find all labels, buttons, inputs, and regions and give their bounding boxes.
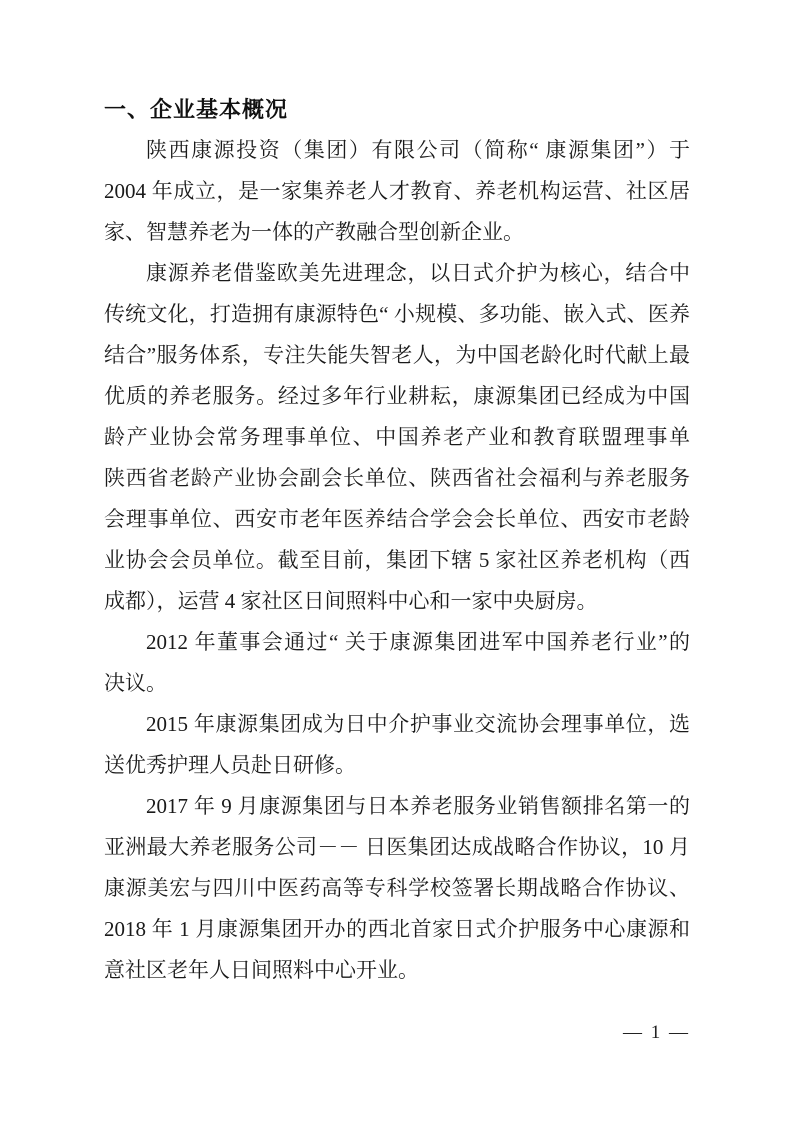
- page-footer: — 1 —: [104, 1019, 690, 1047]
- text-line: 亚洲最大养老服务公司－－ 日医集团达成战略合作协议，10 月: [104, 827, 690, 868]
- text-line: 家、智慧养老为一体的产教融合型创新企业。: [104, 212, 690, 253]
- page-number: — 1 —: [623, 1022, 690, 1043]
- text-line: 龄产业协会常务理事单位、中国养老产业和教育联盟理事单位、: [104, 417, 690, 458]
- text-line: 陕西康源投资（集团）有限公司（简称“ 康源集团”）于: [104, 130, 690, 171]
- text-line: 2004 年成立，是一家集养老人才教育、养老机构运营、社区居: [104, 171, 690, 212]
- text-line: 优质的养老服务。经过多年行业耕耘，康源集团已经成为中国老: [104, 376, 690, 417]
- text-line: 2017 年 9 月康源集团与日本养老服务业销售额排名第一的: [104, 786, 690, 827]
- text-line: 业协会会员单位。截至目前，集团下辖 5 家社区养老机构（西安、: [104, 540, 690, 581]
- text-line: 2012 年董事会通过“ 关于康源集团进军中国养老行业”的: [104, 622, 690, 663]
- text-line: 成都），运营 4 家社区日间照料中心和一家中央厨房。: [104, 581, 690, 622]
- document-body: 一、企业基本概况 陕西康源投资（集团）有限公司（简称“ 康源集团”）于2004 …: [104, 89, 690, 991]
- text-line: 传统文化，打造拥有康源特色“ 小规模、多功能、嵌入式、医养: [104, 294, 690, 335]
- text-line: 决议。: [104, 663, 690, 704]
- text-line: 结合”服务体系，专注失能失智老人，为中国老龄化时代献上最: [104, 335, 690, 376]
- text-line: 意社区老年人日间照料中心开业。: [104, 950, 690, 991]
- text-line: 送优秀护理人员赴日研修。: [104, 745, 690, 786]
- paragraph: 康源养老借鉴欧美先进理念，以日式介护为核心，结合中国传统文化，打造拥有康源特色“…: [104, 253, 690, 622]
- text-line: 2018 年 1 月康源集团开办的西北首家日式介护服务中心康源和: [104, 909, 690, 950]
- text-line: 2015 年康源集团成为日中介护事业交流协会理事单位，选: [104, 704, 690, 745]
- section-heading: 一、企业基本概况: [104, 89, 690, 130]
- paragraphs-container: 陕西康源投资（集团）有限公司（简称“ 康源集团”）于2004 年成立，是一家集养…: [104, 130, 690, 991]
- paragraph: 2012 年董事会通过“ 关于康源集团进军中国养老行业”的决议。: [104, 622, 690, 704]
- paragraph: 2015 年康源集团成为日中介护事业交流协会理事单位，选送优秀护理人员赴日研修。: [104, 704, 690, 786]
- paragraph: 陕西康源投资（集团）有限公司（简称“ 康源集团”）于2004 年成立，是一家集养…: [104, 130, 690, 253]
- text-line: 康源美宏与四川中医药高等专科学校签署长期战略合作协议、: [104, 868, 690, 909]
- text-line: 康源养老借鉴欧美先进理念，以日式介护为核心，结合中国: [104, 253, 690, 294]
- paragraph: 2017 年 9 月康源集团与日本养老服务业销售额排名第一的亚洲最大养老服务公司…: [104, 786, 690, 991]
- text-line: 会理事单位、西安市老年医养结合学会会长单位、西安市老龄产: [104, 499, 690, 540]
- text-line: 陕西省老龄产业协会副会长单位、陕西省社会福利与养老服务协: [104, 458, 690, 499]
- document-page: 一、企业基本概况 陕西康源投资（集团）有限公司（简称“ 康源集团”）于2004 …: [0, 0, 793, 1122]
